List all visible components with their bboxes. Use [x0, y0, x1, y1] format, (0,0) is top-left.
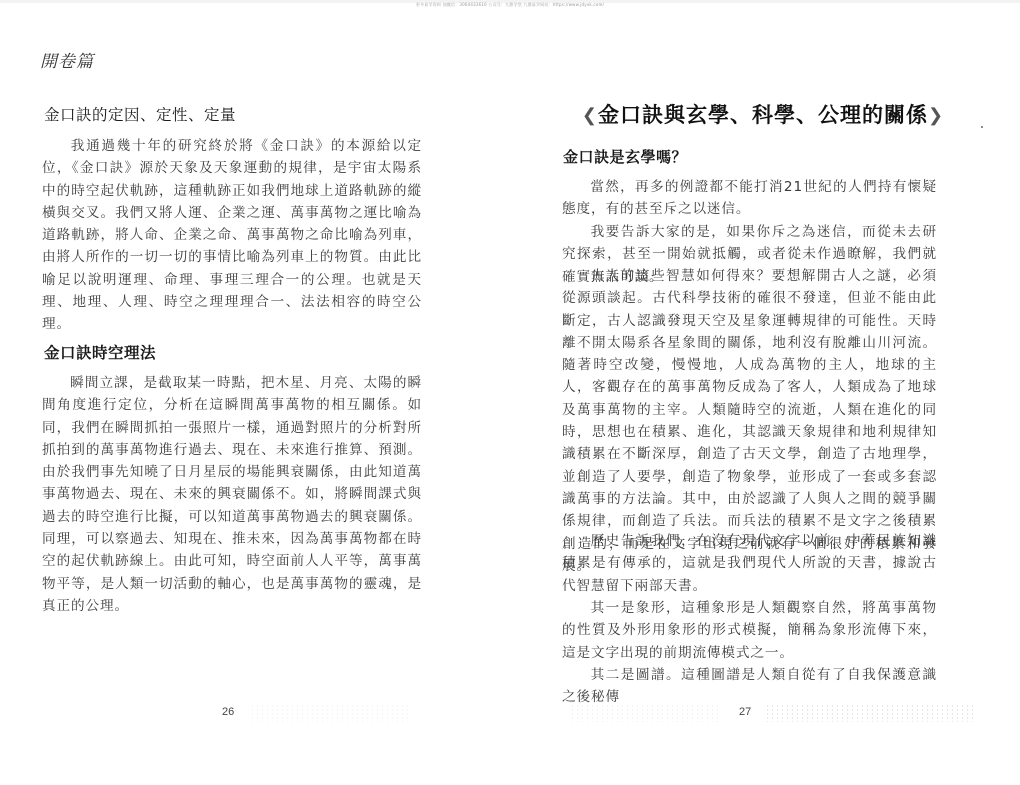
running-head: 開卷篇 — [40, 47, 94, 72]
paragraph-4: 歷史告訴我們，在沒有現代文字以前，中華民族知識積累是有傳承的，這就是我們現代人所… — [562, 530, 937, 597]
paragraph-text: 我通過幾十年的研究終於將《金口訣》的本源給以定位，《金口訣》源於天象及天象運動的… — [42, 138, 422, 332]
page-number-right: 27 — [739, 706, 751, 718]
section-heading-2: 金口訣時空理法 — [44, 341, 156, 363]
chapter-title-text: 金口訣與玄學、科學、公理的關係 — [598, 102, 928, 127]
left-page: 開卷篇 金口訣的定因、定性、定量 我通過幾十年的研究終於將《金口訣》的本源給以定… — [0, 0, 500, 785]
scan-noise — [765, 704, 975, 722]
paragraph-text: 歷史告訴我們，在沒有現代文字以前，中華民族知識積累是有傳承的，這就是我們現代人所… — [562, 533, 937, 594]
paragraph-6: 其二是圖譜。這種圖譜是人類自從有了自我保護意識之後秘傳 — [562, 664, 937, 709]
paragraph-text: 古人的這些智慧如何得來？要想解開古人之謎，必須從源頭談起。古代科學技術的確很不發… — [562, 268, 937, 574]
paragraph-1: 當然，再多的例證都不能打消21世紀的人們持有懷疑態度，有的甚至斥之以迷信。 — [562, 176, 937, 221]
scan-dot — [981, 126, 983, 128]
right-page: ❮金口訣與玄學、科學、公理的關係❯ 金口訣是玄學嗎？ 當然，再多的例證都不能打消… — [510, 0, 1020, 785]
paragraph-text: 其一是象形，這種象形是人類觀察自然，將萬事萬物的性質及外形用象形的形式模擬，簡稱… — [562, 600, 937, 661]
title-ornament-left-icon: ❮ — [582, 105, 598, 126]
paragraph-text: 其二是圖譜。這種圖譜是人類自從有了自我保護意識之後秘傳 — [562, 667, 937, 705]
scan-noise — [250, 704, 410, 722]
paragraph-5: 其一是象形，這種象形是人類觀察自然，將萬事萬物的性質及外形用象形的形式模擬，簡稱… — [562, 597, 937, 664]
chapter-title: ❮金口訣與玄學、科學、公理的關係❯ — [578, 99, 948, 129]
title-ornament-right-icon: ❯ — [928, 105, 944, 126]
scan-noise — [570, 704, 720, 722]
subheading: 金口訣是玄學嗎？ — [563, 146, 687, 167]
section-heading-1: 金口訣的定因、定性、定量 — [44, 103, 236, 125]
section-paragraph-1: 我通過幾十年的研究終於將《金口訣》的本源給以定位，《金口訣》源於天象及天象運動的… — [42, 135, 422, 336]
paragraph-text: 當然，再多的例證都不能打消21世紀的人們持有懷疑態度，有的甚至斥之以迷信。 — [562, 179, 937, 217]
paragraph-text: 瞬間立課，是截取某一時點，把木星、月亮、太陽的瞬間角度進行定位，分析在這瞬間萬事… — [42, 375, 422, 614]
page-number-left: 26 — [222, 706, 234, 718]
section-paragraph-2: 瞬間立課，是截取某一時點，把木星、月亮、太陽的瞬間角度進行定位，分析在這瞬間萬事… — [42, 372, 422, 617]
